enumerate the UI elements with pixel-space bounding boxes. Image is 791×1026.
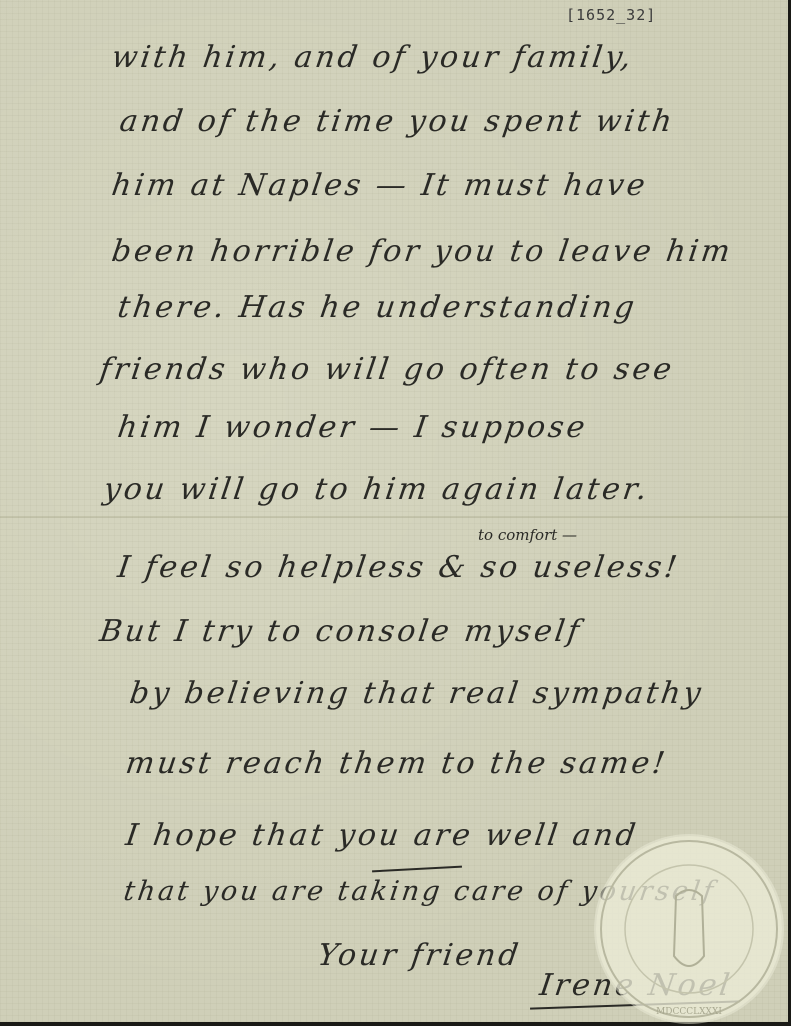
letter-line: friends who will go often to see [98, 352, 677, 387]
letter-line: him I wonder — I suppose [116, 410, 590, 445]
letter-line: But I try to console myself [98, 614, 585, 649]
svg-text:MDCCCLXXXI: MDCCCLXXXI [656, 1007, 722, 1017]
letter-page: [1652_32] with him, and of your family, … [0, 0, 788, 1022]
paper-fold [0, 516, 788, 518]
letter-line: with him, and of your family, [110, 40, 637, 75]
letter-line: and of the time you spent with [118, 104, 677, 139]
letter-line: by believing that real sympathy [128, 676, 706, 711]
letter-line: I feel so helpless & so useless! [116, 550, 682, 585]
letter-line: must reach them to the same! [124, 746, 670, 781]
letter-line: been horrible for you to leave him [110, 234, 736, 269]
letter-line: I hope that you are well and [124, 818, 641, 853]
letter-closing: Your friend [316, 938, 524, 973]
seal-emblem-icon: MDCCCLXXXI [596, 836, 782, 1022]
letter-line: there. Has he understanding [116, 290, 640, 325]
underline-mark [372, 866, 462, 873]
archive-label: [1652_32] [566, 6, 656, 24]
institution-seal: MDCCCLXXXI [596, 836, 782, 1022]
letter-line: him at Naples — It must have [110, 168, 651, 203]
letter-line: you will go to him again later. [102, 472, 652, 507]
letter-insertion: to comfort — [478, 526, 577, 544]
